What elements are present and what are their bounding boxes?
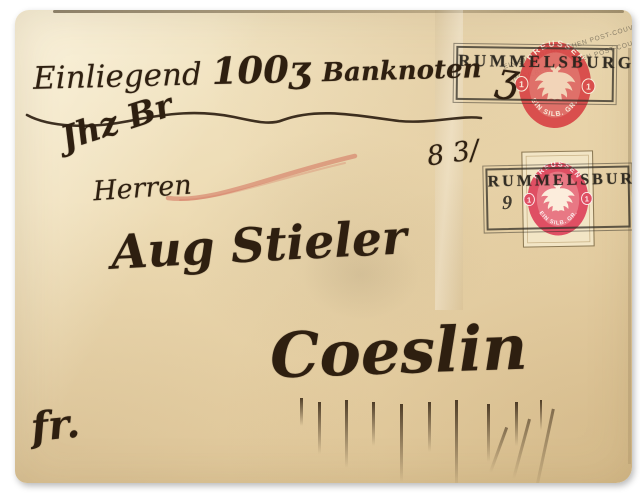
postmark-date: 9 <box>488 190 628 216</box>
handwriting-word: Einliegend <box>33 56 203 96</box>
envelope: EIN SILBERGROSCHEN POST-COUVERT EIN SILB… <box>15 10 632 483</box>
franking-note: fr. <box>29 400 82 452</box>
handwriting-word: Banknoten <box>322 54 482 88</box>
addressee-name: Aug Stieler <box>110 210 408 280</box>
weight-note: 8 3∕ <box>425 135 481 173</box>
postmark-bottom: RUMMELSBURG 9 <box>485 165 630 230</box>
photo-stage: EIN SILBERGROSCHEN POST-COUVERT EIN SILB… <box>0 0 640 494</box>
handwriting-amount: 100ʒ <box>211 47 310 94</box>
destination-city: Coeslin <box>269 311 529 393</box>
postmark-town: RUMMELSBURG <box>487 171 627 192</box>
